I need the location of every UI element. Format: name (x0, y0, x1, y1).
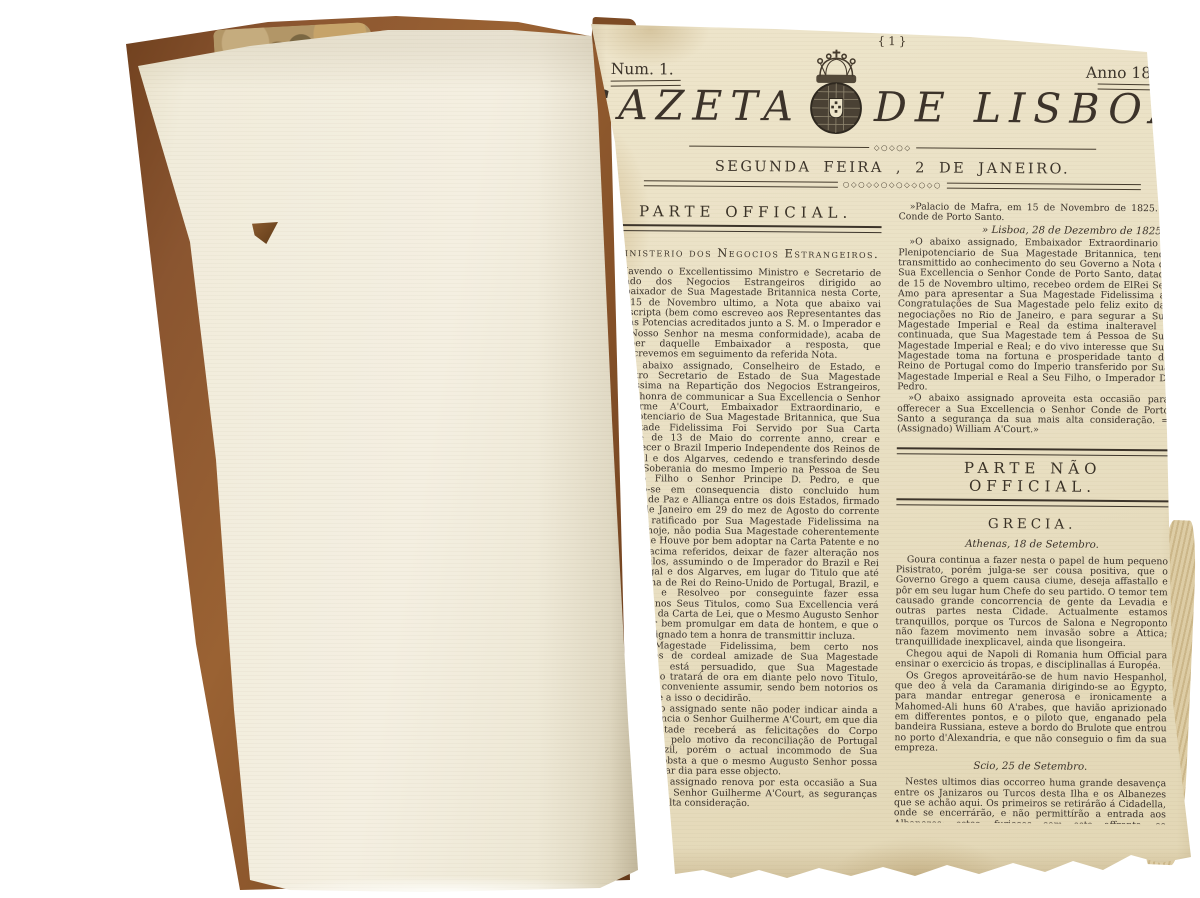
rule-line (689, 145, 868, 147)
edition-date: SEGUNDA FEIRA , 2 DE JANEIRO. (610, 158, 1175, 178)
section-title-nao-official: PARTE NÃO OFFICIAL. (896, 458, 1168, 496)
ornament-chain-icon: ◇○◇○◇ (869, 143, 917, 151)
newspaper-content: {1} Num. 1. Anno 1826. GAZETA (569, 12, 1200, 824)
paragraph: Goura continua a fazer nesta o papel de … (895, 555, 1168, 650)
article-columns: PARTE OFFICIAL. Ministerio dos Negocios … (605, 199, 1175, 823)
royal-crest-icon (803, 47, 871, 140)
left-column: PARTE OFFICIAL. Ministerio dos Negocios … (605, 199, 882, 821)
issue-number: Num. 1. (611, 60, 674, 78)
paragraph: Os Gregos aproveitárão-se de hum navio H… (894, 671, 1167, 756)
double-rule (610, 223, 882, 232)
paragraph: Chegou aqui de Napoli di Romania hum Off… (895, 649, 1167, 672)
paragraph: »O abaixo assignado renova por esta occa… (605, 777, 877, 810)
right-column: »Palacio de Mafra, em 15 de Novembro de … (894, 202, 1171, 824)
divider-ornament: ◇○◇○◇ (689, 142, 1096, 153)
paragraph: »O abaixo assignado, Embaixador Extraord… (897, 237, 1170, 394)
section-title-official: PARTE OFFICIAL. (610, 201, 882, 221)
grecia-heading: GRECIA. (896, 515, 1168, 533)
double-underline-rule (611, 80, 681, 86)
newspaper-page: {1} Num. 1. Anno 1826. GAZETA (575, 12, 1200, 890)
rule-line (644, 180, 838, 188)
double-rule (896, 498, 1168, 507)
ornament-chain-icon: ○◇○◇◇○◇○◇◇○◇○ (838, 181, 947, 189)
dateline-lisboa: » Lisboa, 28 de Dezembro de 1825. (898, 224, 1170, 237)
divider-ornament: ○◇○◇◇○◇○◇◇○◇○ (644, 179, 1141, 190)
masthead-title-right: DE LISBOA. (874, 83, 1200, 134)
rule-line (917, 147, 1096, 149)
dateline-scio: Scio, 25 de Setembro. (894, 760, 1166, 773)
paragraph: »O abaixo assignado, Conselheiro de Esta… (606, 361, 880, 642)
paragraph: Havendo o Excellentissimo Ministro e Sec… (609, 266, 882, 361)
rule-line (947, 182, 1141, 190)
paragraph: »O abaixo assignado aproveita esta occas… (897, 394, 1169, 438)
photo-white-background: {1} Num. 1. Anno 1826. GAZETA (0, 0, 1200, 898)
double-rule (897, 447, 1169, 456)
dateline-athenas: Athenas, 18 de Setembro. (896, 538, 1168, 551)
issue-year-block: Anno 1826. (1086, 64, 1176, 90)
issue-number-block: Num. 1. (611, 60, 681, 86)
paragraph: »Sua Magestade Fidelissima, bem certo no… (606, 641, 878, 705)
issue-year: Anno 1826. (1086, 64, 1176, 83)
page-number: {1} (611, 32, 1176, 50)
ministry-heading: Ministerio dos Negocios Estrangeiros. (609, 244, 881, 260)
paragraph: »Palacio de Mafra, em 15 de Novembro de … (899, 202, 1171, 225)
paragraph: »O abaixo assignado sente não poder indi… (605, 704, 878, 779)
paragraph: Nestes ultimos dias occorreo huma grande… (894, 777, 1166, 823)
